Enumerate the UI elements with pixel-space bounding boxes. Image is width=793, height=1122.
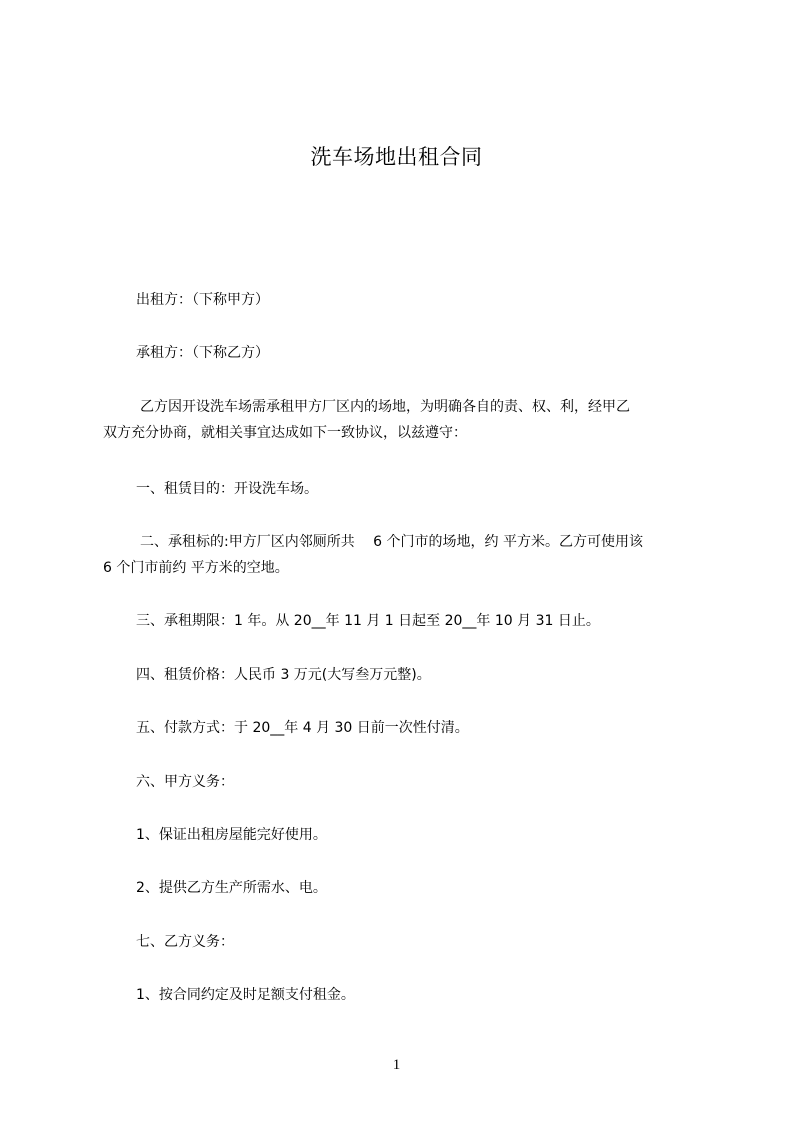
preamble-line-2: 双方充分协商，就相关事宜达成如下一致协议，以兹遵守： xyxy=(103,424,467,442)
clause-subject-line-2: 6 个门市前约 平方米的空地。 xyxy=(103,559,289,577)
document-title: 洗车场地出租合同 xyxy=(0,143,793,171)
page-number: 1 xyxy=(0,1056,793,1074)
document-page: 洗车场地出租合同 出租方：（下称甲方） 承租方：（下称乙方） 乙方因开设洗车场需… xyxy=(0,0,793,1122)
lessee-line: 承租方：（下称乙方） xyxy=(136,344,269,362)
clause-payment: 五、付款方式：于 20__年 4 月 30 日前一次性付清。 xyxy=(136,719,469,737)
clause-lessor-duties-heading: 六、甲方义务： xyxy=(136,773,234,791)
clause-lessee-duties-heading: 七、乙方义务： xyxy=(136,933,234,951)
lessor-duty-1: 1、保证出租房屋能完好使用。 xyxy=(136,826,327,844)
lessor-duty-2: 2、提供乙方生产所需水、电。 xyxy=(136,879,327,897)
clause-price: 四、租赁价格：人民币 3 万元(大写叁万元整)。 xyxy=(136,666,431,684)
preamble-line-1: 乙方因开设洗车场需承租甲方厂区内的场地，为明确各自的责、权、利，经甲乙 xyxy=(140,398,630,416)
clause-purpose: 一、租赁目的：开设洗车场。 xyxy=(136,480,318,498)
lessor-line: 出租方：（下称甲方） xyxy=(136,291,269,309)
lessee-duty-1: 1、按合同约定及时足额支付租金。 xyxy=(136,986,355,1004)
clause-subject-line-1: 二、承租标的:甲方厂区内邻厕所共 6 个门市的场地，约 平方米。乙方可使用该 xyxy=(140,533,643,551)
clause-term: 三、承租期限：1 年。从 20__年 11 月 1 日起至 20__年 10 月… xyxy=(136,612,600,630)
